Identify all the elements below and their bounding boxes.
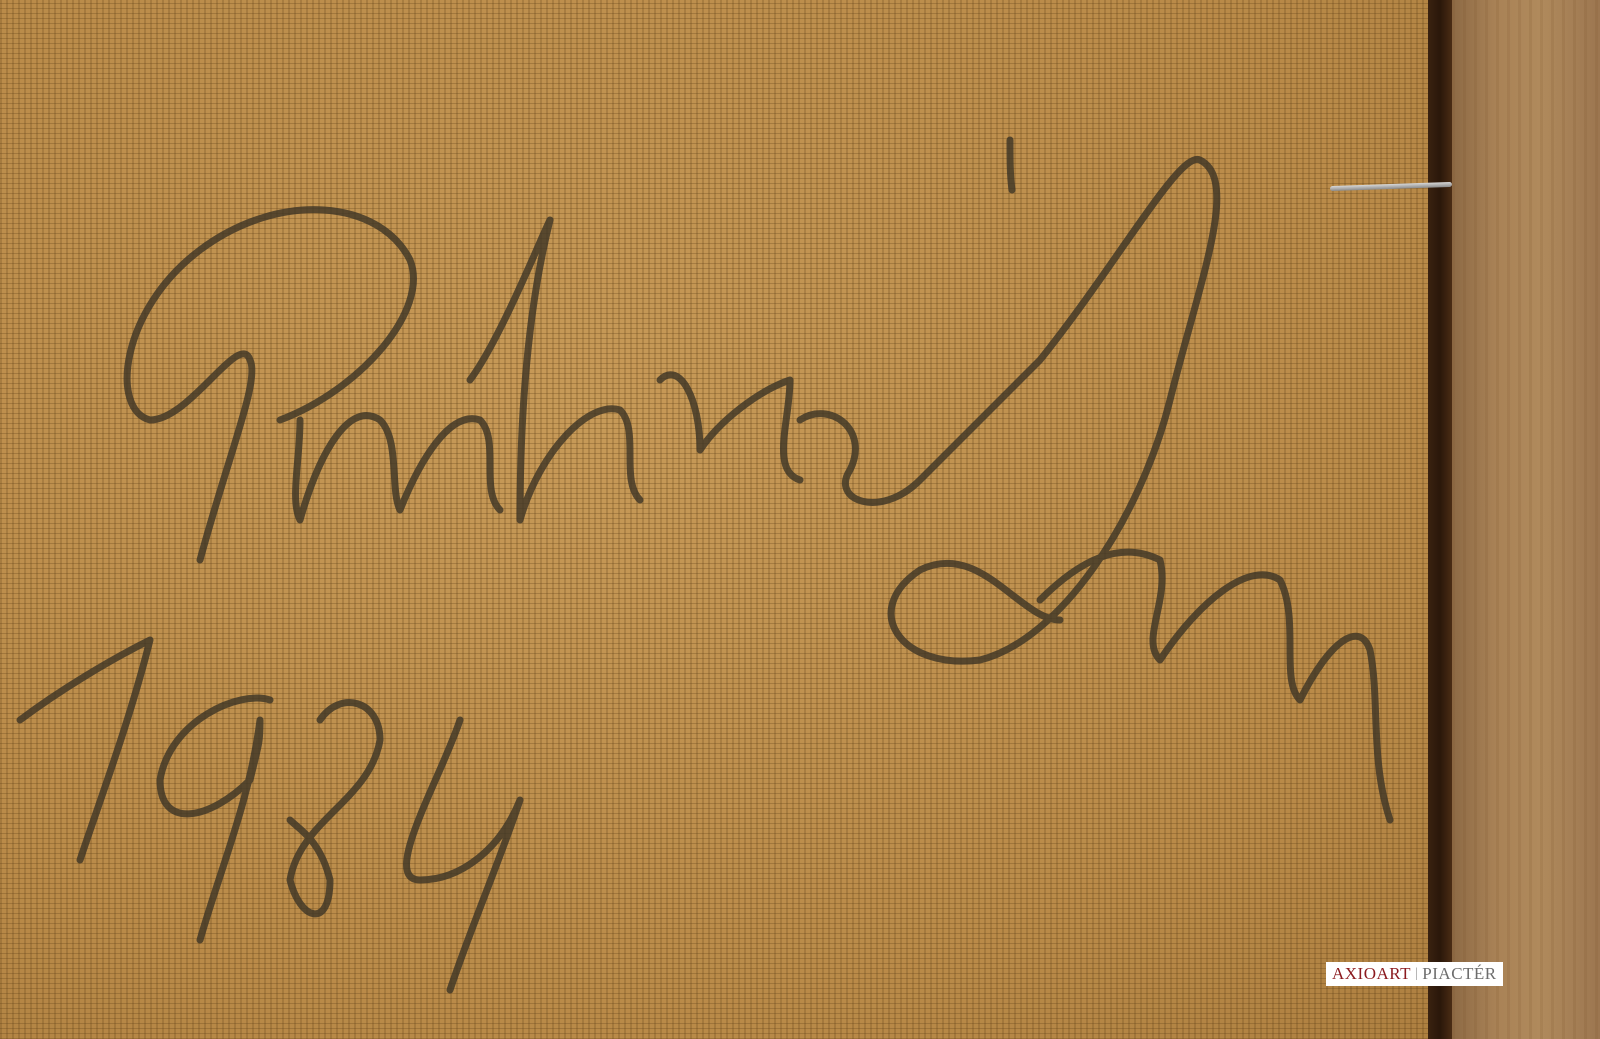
signature-stroke [127, 210, 413, 560]
year-stroke [20, 640, 150, 860]
signature-stroke [1040, 552, 1390, 820]
watermark-brand: AXIOART [1332, 964, 1411, 984]
watermark: AXIOART | PIACTÉR [1326, 962, 1503, 986]
watermark-separator: | [1415, 966, 1418, 982]
signature-stroke [296, 416, 500, 520]
signature-stroke [800, 159, 1217, 661]
year-stroke [160, 698, 270, 940]
year-stroke [407, 720, 520, 990]
signature-stroke [660, 375, 800, 480]
wooden-frame [1452, 0, 1600, 1039]
year-stroke [290, 703, 380, 914]
pencil-signature [0, 0, 1452, 1039]
signature-stroke [1010, 140, 1012, 190]
watermark-sub: PIACTÉR [1422, 964, 1496, 984]
signature-stroke [470, 220, 640, 520]
